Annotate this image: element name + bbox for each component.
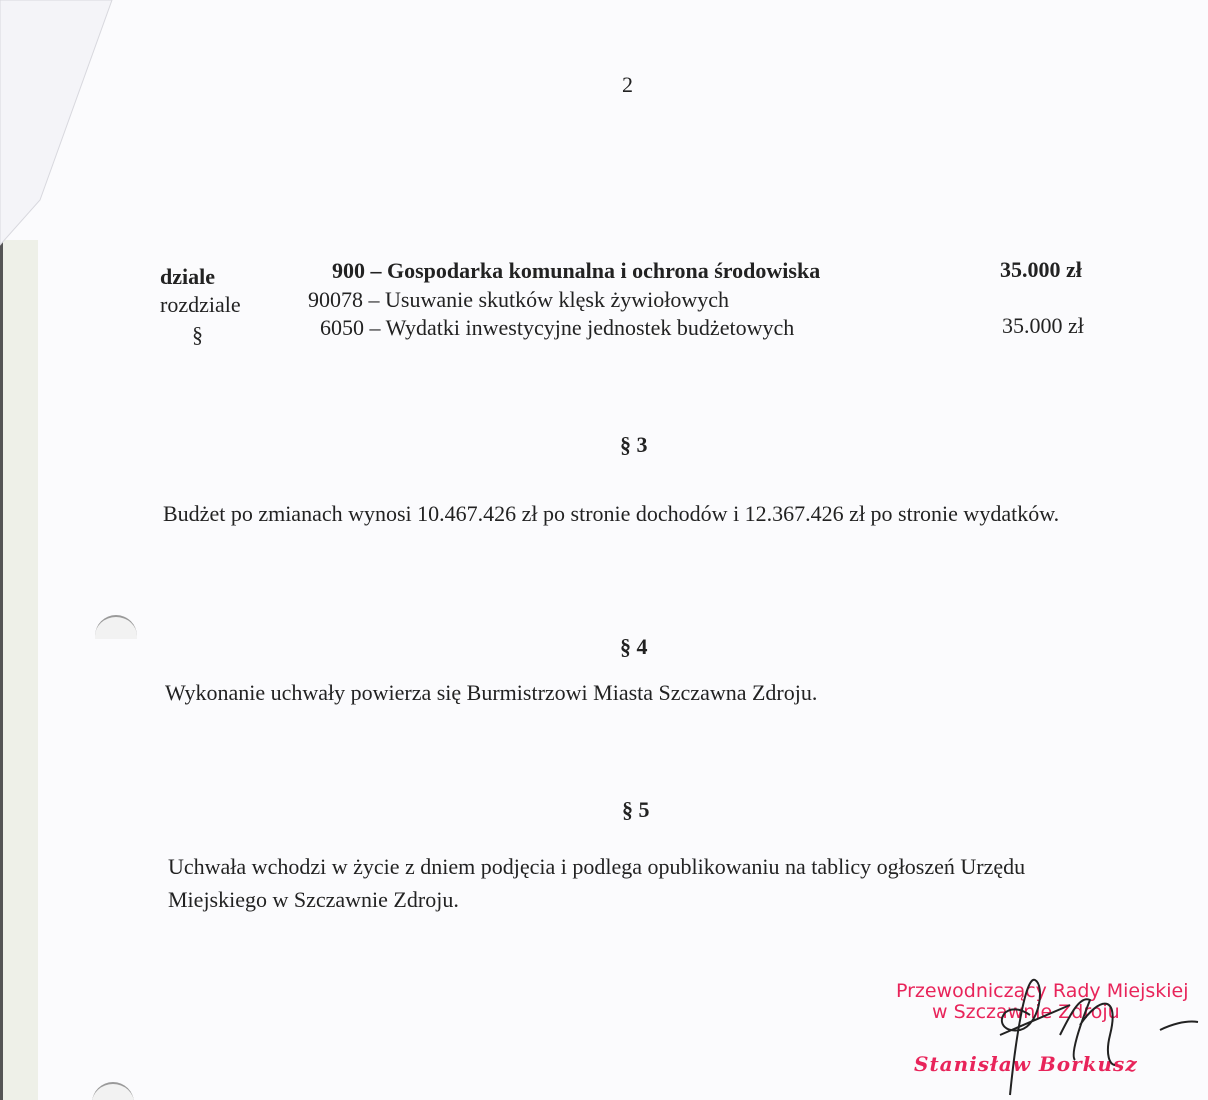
section-heading: § 3 [620,432,648,458]
table-row-level: § [192,322,203,348]
scanner-edge [0,240,38,1100]
page-number: 2 [622,72,633,98]
table-row-level: dziale [160,264,215,290]
punch-hole [95,615,137,639]
section-text: Uchwała wchodzi w życie z dniem podjęcia… [168,850,1088,916]
table-row-amount: 35.000 zł [1000,257,1082,283]
folded-page-corner [0,0,120,250]
punch-hole [92,1082,134,1100]
section-heading: § 5 [622,797,650,823]
section-text: Wykonanie uchwały powierza się Burmistrz… [165,680,817,706]
table-row-amount: 35.000 zł [1002,313,1084,339]
table-row-desc: 900 – Gospodarka komunalna i ochrona śro… [332,258,820,284]
table-row-desc: 6050 – Wydatki inwestycyjne jednostek bu… [320,315,794,341]
table-row-level: rozdziale [160,292,241,318]
section-text: Budżet po zmianach wynosi 10.467.426 zł … [163,497,1105,530]
table-row-desc: 90078 – Usuwanie skutków klęsk żywiołowy… [308,287,729,313]
section-heading: § 4 [620,634,648,660]
handwritten-signature [960,975,1200,1100]
